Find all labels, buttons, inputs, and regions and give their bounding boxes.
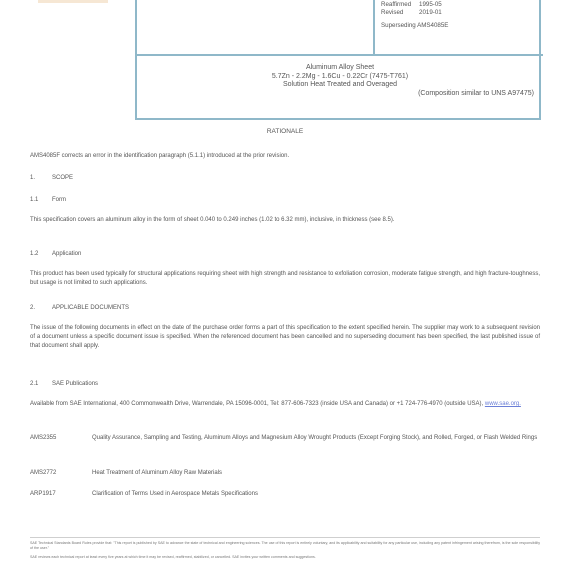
reference-row: AMS2355 Quality Assurance, Sampling and … bbox=[30, 434, 540, 443]
section-scope-heading: 1.SCOPE bbox=[30, 175, 73, 181]
section-title: SAE Publications bbox=[52, 381, 98, 387]
section-form-heading: 1.1Form bbox=[30, 197, 66, 203]
title-composition-line: 5.7Zn - 2.2Mg - 1.6Cu - 0.22Cr (7475-T76… bbox=[140, 73, 540, 82]
rationale-heading: RATIONALE bbox=[0, 128, 570, 135]
title-temper-line: Solution Heat Treated and Overaged bbox=[140, 81, 540, 90]
uns-composition: (Composition similar to UNS A97475) bbox=[140, 90, 540, 99]
reference-code: AMS2772 bbox=[30, 469, 92, 478]
meta-value: 1995-05 bbox=[419, 1, 442, 9]
application-text: This product has been used typically for… bbox=[30, 270, 540, 288]
meta-label: Reaffirmed bbox=[381, 1, 419, 9]
section-title: Form bbox=[52, 197, 66, 203]
meta-label: Revised bbox=[381, 9, 419, 17]
section-title: Application bbox=[52, 251, 81, 257]
reference-description: Quality Assurance, Sampling and Testing,… bbox=[92, 434, 540, 443]
sae-pubs-text: Available from SAE International, 400 Co… bbox=[30, 400, 540, 409]
section-application-heading: 1.2Application bbox=[30, 251, 81, 257]
section-number: 1. bbox=[30, 175, 52, 181]
reference-code: AMS2355 bbox=[30, 434, 92, 443]
meta-reaffirmed: Reaffirmed 1995-05 bbox=[381, 1, 448, 9]
revision-meta: Reaffirmed 1995-05 Revised 2019-01 Super… bbox=[381, 1, 448, 30]
title-line: Aluminum Alloy Sheet bbox=[140, 64, 540, 73]
document-header-box bbox=[135, 0, 541, 120]
section-sae-pubs-heading: 2.1SAE Publications bbox=[30, 381, 98, 387]
header-divider bbox=[135, 54, 543, 56]
section-number: 1.1 bbox=[30, 197, 52, 203]
section-number: 1.2 bbox=[30, 251, 52, 257]
sae-address: Available from SAE International, 400 Co… bbox=[30, 401, 483, 407]
reference-row: ARP1917 Clarification of Terms Used in A… bbox=[30, 490, 540, 499]
section-number: 2.1 bbox=[30, 381, 52, 387]
sae-website-link[interactable]: www.sae.org. bbox=[485, 401, 521, 407]
footer-review-note: SAE reviews each technical report at lea… bbox=[30, 555, 540, 560]
document-title-block: Aluminum Alloy Sheet 5.7Zn - 2.2Mg - 1.6… bbox=[140, 64, 540, 98]
reference-code: ARP1917 bbox=[30, 490, 92, 499]
rationale-text: AMS4085F corrects an error in the identi… bbox=[30, 152, 540, 161]
meta-value: 2019-01 bbox=[419, 9, 442, 17]
reference-row: AMS2772 Heat Treatment of Aluminum Alloy… bbox=[30, 469, 540, 478]
applicable-docs-text: The issue of the following documents in … bbox=[30, 324, 540, 351]
section-title: APPLICABLE DOCUMENTS bbox=[52, 305, 129, 311]
meta-revised: Revised 2019-01 bbox=[381, 9, 448, 17]
superseding-note: Superseding AMS4085E bbox=[381, 22, 448, 30]
section-title: SCOPE bbox=[52, 175, 73, 181]
section-number: 2. bbox=[30, 305, 52, 311]
footer-disclaimer: SAE Technical Standards Board Rules prov… bbox=[30, 541, 540, 550]
form-text: This specification covers an aluminum al… bbox=[30, 216, 540, 225]
footer-rule bbox=[30, 537, 540, 538]
reference-description: Clarification of Terms Used in Aerospace… bbox=[92, 490, 540, 499]
section-applicable-docs-heading: 2.APPLICABLE DOCUMENTS bbox=[30, 305, 129, 311]
header-logo-remnant bbox=[38, 0, 108, 3]
reference-description: Heat Treatment of Aluminum Alloy Raw Mat… bbox=[92, 469, 540, 478]
header-vertical-divider bbox=[373, 0, 375, 55]
